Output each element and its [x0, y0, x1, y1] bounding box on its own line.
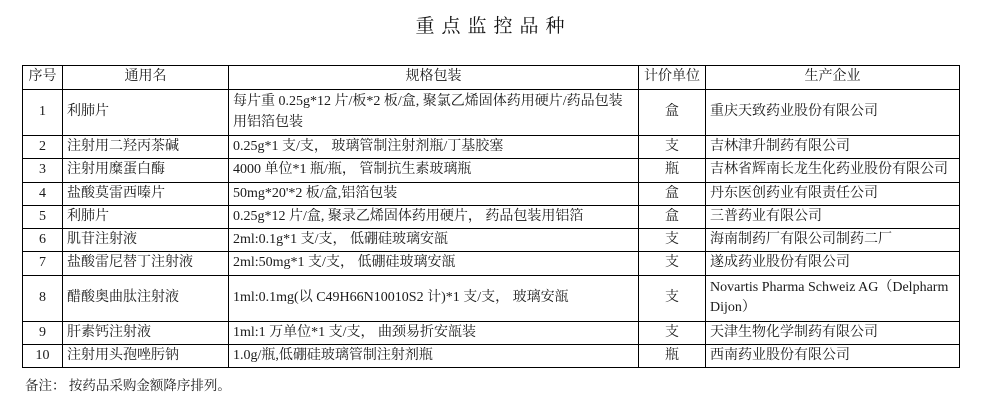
table-row: 4 盐酸莫雷西嗪片 50mg*20'*2 板/盒,铝箔包装 盒 丹东医创药业有限…	[23, 182, 960, 205]
table-row: 5 利肺片 0.25g*12 片/盒, 聚录乙烯固体药用硬片， 药品包装用铝箔 …	[23, 205, 960, 228]
cell-serial-number: 4	[23, 182, 63, 205]
header-serial-number: 序号	[23, 66, 63, 90]
cell-manufacturer: 西南药业股份有限公司	[706, 345, 960, 368]
cell-spec-packaging: 1ml:1 万单位*1 支/支， 曲颈易折安瓿装	[229, 321, 639, 344]
cell-generic-name: 肌苷注射液	[63, 229, 229, 252]
cell-generic-name: 利肺片	[63, 90, 229, 136]
header-spec-packaging: 规格包装	[229, 66, 639, 90]
header-manufacturer: 生产企业	[706, 66, 960, 90]
cell-generic-name: 盐酸雷尼替丁注射液	[63, 252, 229, 275]
cell-serial-number: 8	[23, 275, 63, 321]
cell-pricing-unit: 支	[639, 229, 706, 252]
table-row: 6 肌苷注射液 2ml:0.1g*1 支/支， 低硼硅玻璃安瓿 支 海南制药厂有…	[23, 229, 960, 252]
cell-serial-number: 6	[23, 229, 63, 252]
cell-pricing-unit: 盒	[639, 182, 706, 205]
cell-spec-packaging: 0.25g*12 片/盒, 聚录乙烯固体药用硬片， 药品包装用铝箔	[229, 205, 639, 228]
cell-spec-packaging: 每片重 0.25g*12 片/板*2 板/盒, 聚氯乙烯固体药用硬片/药品包装用…	[229, 90, 639, 136]
monitored-drugs-table: 序号 通用名 规格包装 计价单位 生产企业 1 利肺片 每片重 0.25g*12…	[22, 65, 960, 368]
cell-serial-number: 10	[23, 345, 63, 368]
cell-manufacturer: 吉林津升制药有限公司	[706, 136, 960, 159]
cell-serial-number: 3	[23, 159, 63, 182]
cell-spec-packaging: 0.25g*1 支/支， 玻璃管制注射剂瓶/丁基胶塞	[229, 136, 639, 159]
cell-spec-packaging: 2ml:0.1g*1 支/支， 低硼硅玻璃安瓿	[229, 229, 639, 252]
cell-spec-packaging: 2ml:50mg*1 支/支， 低硼硅玻璃安瓿	[229, 252, 639, 275]
cell-manufacturer: 天津生物化学制药有限公司	[706, 321, 960, 344]
table-row: 8 醋酸奥曲肽注射液 1ml:0.1mg(以 C49H66N10010S2 计)…	[23, 275, 960, 321]
cell-spec-packaging: 1.0g/瓶,低硼硅玻璃管制注射剂瓶	[229, 345, 639, 368]
cell-serial-number: 7	[23, 252, 63, 275]
cell-serial-number: 2	[23, 136, 63, 159]
cell-generic-name: 注射用糜蛋白酶	[63, 159, 229, 182]
footnote: 备注： 按药品采购金额降序排列。	[25, 374, 231, 394]
cell-pricing-unit: 支	[639, 321, 706, 344]
document-page: 重点监控品种 序号 通用名 规格包装 计价单位 生产企业 1 利肺片 每片重 0…	[0, 0, 987, 398]
cell-pricing-unit: 支	[639, 275, 706, 321]
cell-manufacturer: 遂成药业股份有限公司	[706, 252, 960, 275]
cell-pricing-unit: 瓶	[639, 345, 706, 368]
table-row: 1 利肺片 每片重 0.25g*12 片/板*2 板/盒, 聚氯乙烯固体药用硬片…	[23, 90, 960, 136]
table-header-row: 序号 通用名 规格包装 计价单位 生产企业	[23, 66, 960, 90]
cell-serial-number: 1	[23, 90, 63, 136]
header-pricing-unit: 计价单位	[639, 66, 706, 90]
table-row: 7 盐酸雷尼替丁注射液 2ml:50mg*1 支/支， 低硼硅玻璃安瓿 支 遂成…	[23, 252, 960, 275]
cell-manufacturer: 三普药业有限公司	[706, 205, 960, 228]
cell-pricing-unit: 盒	[639, 90, 706, 136]
cell-spec-packaging: 1ml:0.1mg(以 C49H66N10010S2 计)*1 支/支， 玻璃安…	[229, 275, 639, 321]
cell-manufacturer: 丹东医创药业有限责任公司	[706, 182, 960, 205]
cell-manufacturer: 吉林省辉南长龙生化药业股份有限公司	[706, 159, 960, 182]
cell-manufacturer: Novartis Pharma Schweiz AG（Delpharm Dijo…	[706, 275, 960, 321]
cell-generic-name: 利肺片	[63, 205, 229, 228]
page-title: 重点监控品种	[0, 0, 987, 38]
table-row: 9 肝素钙注射液 1ml:1 万单位*1 支/支， 曲颈易折安瓿装 支 天津生物…	[23, 321, 960, 344]
cell-serial-number: 9	[23, 321, 63, 344]
cell-generic-name: 盐酸莫雷西嗪片	[63, 182, 229, 205]
cell-pricing-unit: 支	[639, 252, 706, 275]
table-row: 2 注射用二羟丙茶碱 0.25g*1 支/支， 玻璃管制注射剂瓶/丁基胶塞 支 …	[23, 136, 960, 159]
cell-generic-name: 醋酸奥曲肽注射液	[63, 275, 229, 321]
cell-serial-number: 5	[23, 205, 63, 228]
header-generic-name: 通用名	[63, 66, 229, 90]
cell-pricing-unit: 支	[639, 136, 706, 159]
cell-spec-packaging: 50mg*20'*2 板/盒,铝箔包装	[229, 182, 639, 205]
cell-pricing-unit: 瓶	[639, 159, 706, 182]
cell-generic-name: 注射用二羟丙茶碱	[63, 136, 229, 159]
cell-manufacturer: 海南制药厂有限公司制药二厂	[706, 229, 960, 252]
table-row: 10 注射用头孢唑肟钠 1.0g/瓶,低硼硅玻璃管制注射剂瓶 瓶 西南药业股份有…	[23, 345, 960, 368]
cell-spec-packaging: 4000 单位*1 瓶/瓶， 管制抗生素玻璃瓶	[229, 159, 639, 182]
cell-pricing-unit: 盒	[639, 205, 706, 228]
cell-generic-name: 注射用头孢唑肟钠	[63, 345, 229, 368]
table-row: 3 注射用糜蛋白酶 4000 单位*1 瓶/瓶， 管制抗生素玻璃瓶 瓶 吉林省辉…	[23, 159, 960, 182]
cell-manufacturer: 重庆天致药业股份有限公司	[706, 90, 960, 136]
cell-generic-name: 肝素钙注射液	[63, 321, 229, 344]
